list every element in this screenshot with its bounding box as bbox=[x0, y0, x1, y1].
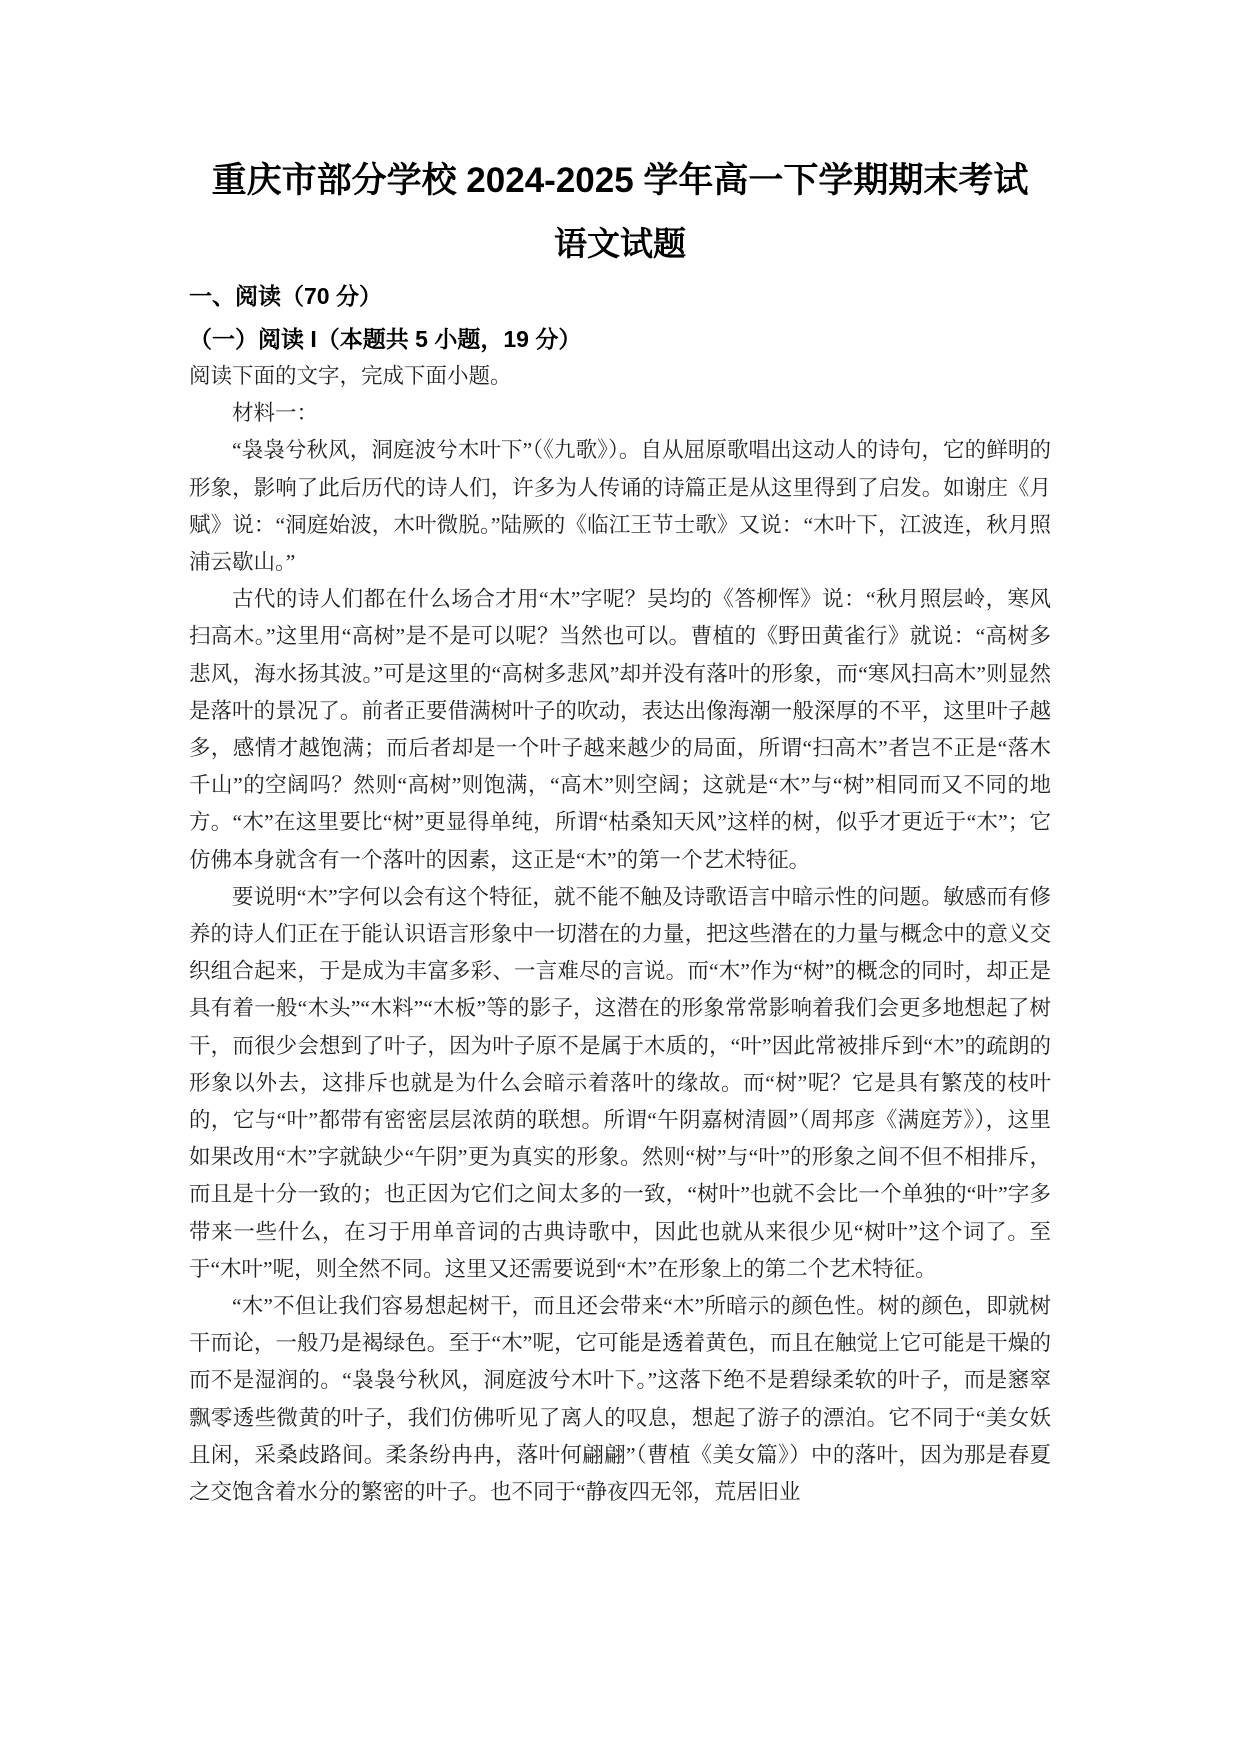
section-heading-reading: 一、阅读（70 分） bbox=[189, 278, 1051, 315]
page-content: 重庆市部分学校 2024-2025 学年高一下学期期末考试 语文试题 一、阅读（… bbox=[189, 0, 1051, 1511]
reading-passage: 阅读下面的文字，完成下面小题。 材料一： “袅袅兮秋风，洞庭波兮木叶下”（《九歌… bbox=[189, 358, 1051, 1511]
passage-paragraph: 要说明“木”字何以会有这个特征，就不能不触及诗歌语言中暗示性的问题。敏感而有修养… bbox=[189, 879, 1051, 1288]
exam-document-page: 重庆市部分学校 2024-2025 学年高一下学期期末考试 语文试题 一、阅读（… bbox=[0, 0, 1240, 1754]
passage-paragraph: “木”不但让我们容易想起树干，而且还会带来“木”所暗示的颜色性。树的颜色，即就树… bbox=[189, 1288, 1051, 1511]
exam-subtitle: 语文试题 bbox=[189, 224, 1051, 264]
passage-paragraph: 古代的诗人们都在什么场合才用“木”字呢？吴均的《答柳恽》说：“秋月照层岭，寒风扫… bbox=[189, 581, 1051, 879]
passage-paragraph: “袅袅兮秋风，洞庭波兮木叶下”（《九歌》）。自从屈原歌唱出这动人的诗句，它的鲜明… bbox=[189, 432, 1051, 581]
instruction-text: 阅读下面的文字，完成下面小题。 bbox=[189, 358, 1051, 395]
exam-title: 重庆市部分学校 2024-2025 学年高一下学期期末考试 bbox=[189, 160, 1051, 202]
subsection-heading-reading-1: （一）阅读 I（本题共 5 小题，19 分） bbox=[189, 321, 1051, 358]
material-label: 材料一： bbox=[189, 395, 1051, 432]
